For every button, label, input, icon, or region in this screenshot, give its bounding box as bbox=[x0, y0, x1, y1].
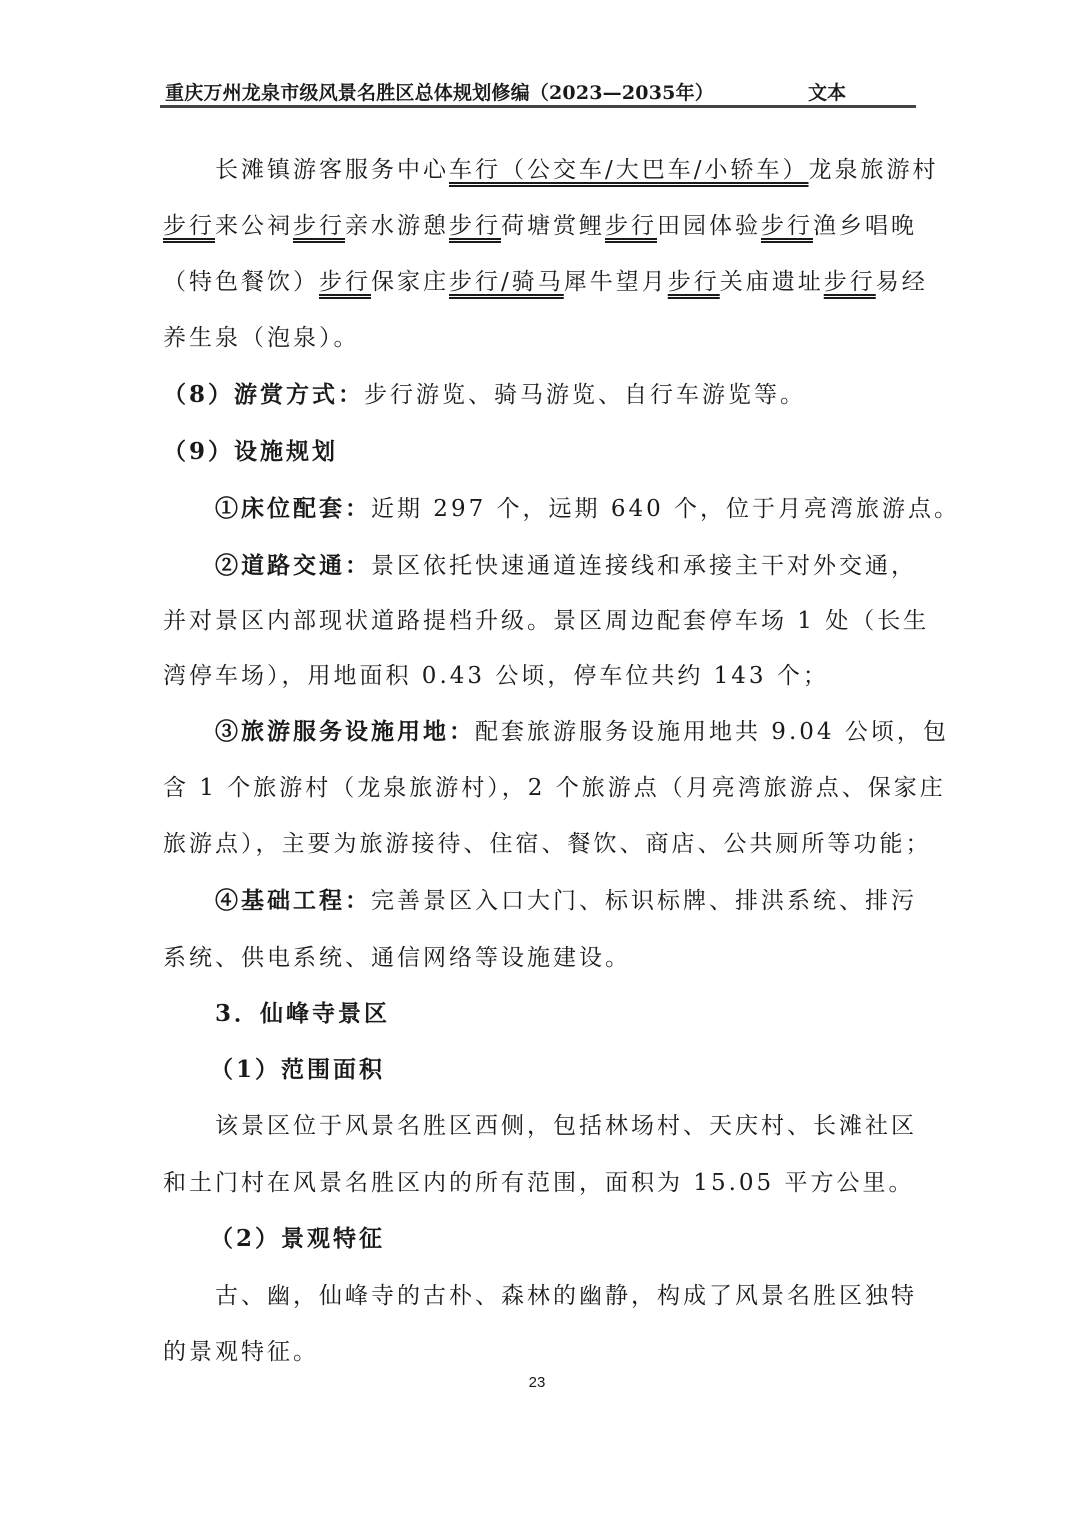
scope-heading: （1）范围面积 bbox=[210, 1055, 385, 1085]
route-line: 长滩镇游客服务中心车行（公交车/大巴车/小轿车）龙泉旅游村 bbox=[215, 155, 939, 185]
facility-beds-text: 近期 297 个，远期 640 个，位于月亮湾旅游点。 bbox=[371, 496, 960, 522]
facility-services-line3: 旅游点），主要为旅游接待、住宿、餐饮、商店、公共厕所等功能； bbox=[163, 829, 932, 859]
feature-line2: 的景观特征。 bbox=[163, 1337, 319, 1367]
facility-roads-line3: 湾停车场），用地面积 0.43 公顷，停车位共约 143 个； bbox=[163, 661, 829, 691]
section-9-heading: （9）设施规划 bbox=[163, 437, 338, 467]
route-stop: 龙泉旅游村 bbox=[809, 157, 939, 183]
header-divider bbox=[160, 105, 916, 108]
route-stop: 来公祠 bbox=[215, 213, 293, 239]
route-travel-mode: 步行/骑马 bbox=[449, 269, 564, 295]
route-stop: 荷塘赏鲤 bbox=[501, 213, 605, 239]
page-number: 23 bbox=[0, 1374, 1074, 1391]
facility-roads-line2: 并对景区内部现状道路提档升级。景区周边配套停车场 1 处（长生 bbox=[163, 606, 929, 636]
feature-line1: 古、幽，仙峰寺的古朴、森林的幽静，构成了风景名胜区独特 bbox=[215, 1281, 917, 1311]
facility-infrastructure: ④基础工程：完善景区入口大门、标识标牌、排洪系统、排污 bbox=[215, 886, 917, 916]
facility-beds: ①床位配套：近期 297 个，远期 640 个，位于月亮湾旅游点。 bbox=[215, 494, 960, 524]
scope-line2: 和土门村在风景名胜区内的所有范围，面积为 15.05 平方公里。 bbox=[163, 1168, 914, 1198]
route-travel-mode: 步行 bbox=[605, 213, 657, 239]
facility-infrastructure-line2: 系统、供电系统、通信网络等设施建设。 bbox=[163, 943, 631, 973]
facility-roads-text: 景区依托快速通道连接线和承接主干对外交通， bbox=[371, 553, 917, 579]
route-travel-mode: 车行（公交车/大巴车/小轿车） bbox=[449, 157, 809, 183]
facility-services-label: ③旅游服务设施用地： bbox=[215, 718, 475, 745]
document-title: 重庆万州龙泉市级风景名胜区总体规划修编（2023—2035年） bbox=[165, 78, 714, 105]
route-travel-mode: 步行 bbox=[319, 269, 371, 295]
section-8-text: 步行游览、骑马游览、自行车游览等。 bbox=[364, 382, 806, 408]
route-line: （特色餐饮）步行保家庄步行/骑马犀牛望月步行关庙遗址步行易经 bbox=[163, 267, 928, 297]
route-travel-mode: 步行 bbox=[449, 213, 501, 239]
route-travel-mode: 步行 bbox=[293, 213, 345, 239]
route-stop: 保家庄 bbox=[371, 269, 449, 295]
section-8-label: （8）游赏方式： bbox=[163, 381, 364, 408]
route-line: 步行来公祠步行亲水游憩步行荷塘赏鲤步行田园体验步行渔乡唱晚 bbox=[163, 211, 917, 241]
route-travel-mode: 步行 bbox=[824, 269, 876, 295]
route-stop: 犀牛望月 bbox=[564, 269, 668, 295]
route-travel-mode: 步行 bbox=[163, 213, 215, 239]
facility-roads: ②道路交通：景区依托快速通道连接线和承接主干对外交通， bbox=[215, 551, 917, 581]
facility-services-text: 配套旅游服务设施用地共 9.04 公顷，包 bbox=[475, 719, 949, 745]
facility-infrastructure-label: ④基础工程： bbox=[215, 887, 371, 914]
route-line: 养生泉（泡泉）。 bbox=[163, 323, 360, 353]
route-stop: 长滩镇游客服务中心 bbox=[215, 157, 449, 183]
facility-beds-label: ①床位配套： bbox=[215, 495, 371, 522]
area-3-heading: 3．仙峰寺景区 bbox=[215, 999, 390, 1029]
document-type-tag: 文本 bbox=[808, 78, 846, 105]
route-travel-mode: 步行 bbox=[668, 269, 720, 295]
route-stop: 田园体验 bbox=[657, 213, 761, 239]
route-stop: 亲水游憩 bbox=[345, 213, 449, 239]
page-header: 重庆万州龙泉市级风景名胜区总体规划修编（2023—2035年） 文本 bbox=[163, 76, 915, 108]
facility-services-line2: 含 1 个旅游村（龙泉旅游村），2 个旅游点（月亮湾旅游点、保家庄 bbox=[163, 773, 946, 803]
route-stop: （特色餐饮） bbox=[163, 269, 319, 295]
facility-infrastructure-text: 完善景区入口大门、标识标牌、排洪系统、排污 bbox=[371, 888, 917, 914]
route-stop: 关庙遗址 bbox=[720, 269, 824, 295]
feature-heading: （2）景观特征 bbox=[210, 1224, 385, 1254]
facility-services: ③旅游服务设施用地：配套旅游服务设施用地共 9.04 公顷，包 bbox=[215, 717, 949, 747]
section-8: （8）游赏方式：步行游览、骑马游览、自行车游览等。 bbox=[163, 380, 806, 410]
route-stop: 易经 bbox=[876, 269, 928, 295]
route-stop: 渔乡唱晚 bbox=[813, 213, 917, 239]
facility-roads-label: ②道路交通： bbox=[215, 552, 371, 579]
route-stop: 养生泉（泡泉）。 bbox=[163, 325, 360, 351]
route-travel-mode: 步行 bbox=[761, 213, 813, 239]
scope-line1: 该景区位于风景名胜区西侧，包括林场村、天庆村、长滩社区 bbox=[215, 1111, 917, 1141]
